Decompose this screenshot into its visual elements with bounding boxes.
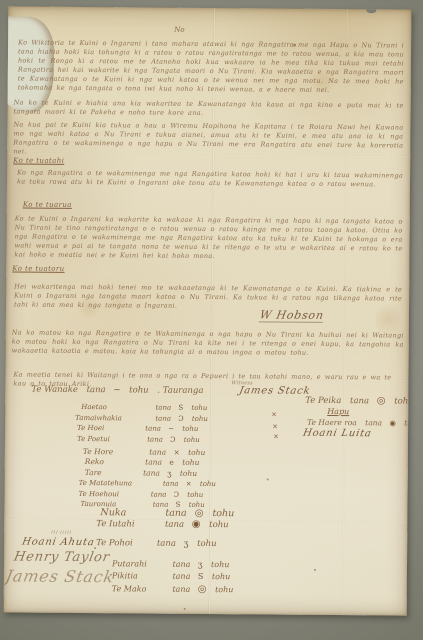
tohu-label: tohu: [215, 585, 233, 594]
tana-label: tana: [163, 480, 179, 488]
tana-label: tana: [155, 415, 171, 423]
hapu-label: Hapu: [327, 407, 349, 416]
tana-label: tana: [143, 468, 160, 477]
tohu-label: tohu: [129, 385, 149, 395]
english-signature: Hoani Ahuta: [21, 537, 95, 549]
tana-label: tana: [155, 404, 171, 412]
tohu-label: tohu: [200, 480, 216, 488]
signatory-name: Te Poetui: [77, 435, 139, 443]
moko-mark-icon: S: [198, 572, 204, 581]
signatory-row: Te Poetui tana Ɔ tohu: [77, 435, 200, 444]
signatory-row: Tamaiwhakia tana Ɔ tohu: [75, 414, 208, 423]
tana-label: tana: [157, 539, 176, 549]
signatory-name: Reko: [85, 457, 137, 466]
signatory-name: Te Mako: [112, 584, 164, 593]
moko-mark-icon: ×: [186, 480, 192, 488]
signatory-name: Te Hoehoui: [79, 490, 143, 499]
tohu-label: tohu: [404, 419, 411, 428]
moko-mark-icon: ×: [173, 448, 179, 457]
witness-signature: James Stack: [238, 385, 311, 397]
top-notation: No: [174, 26, 184, 34]
signatory-row: Te Haere roa tana ◉ tohu: [307, 418, 411, 428]
ditto-mark: ×: [272, 423, 278, 431]
tana-label: tana: [350, 396, 369, 406]
signatory-row: Putarahi tana ʒ tohu: [112, 559, 229, 569]
english-signature: Henry Taylor: [13, 549, 111, 565]
signatory-name: Te Iutahi: [96, 519, 156, 529]
signatory-name: Te Hoei: [77, 424, 137, 432]
signatory-row: Te Hoehoui tana Ɔ tohu: [79, 490, 204, 499]
signatory-name: Nuka: [100, 507, 156, 518]
signatory-row: Haetao tana S tohu: [81, 403, 207, 412]
signatory-name: Tamaiwhakia: [75, 414, 147, 423]
right-column-signature: Hoani Luita: [302, 428, 373, 440]
moko-mark-icon: ~: [168, 425, 174, 433]
article-2-body: Ko te Kuini o Ingarani ka wakarite ka wa…: [14, 214, 402, 262]
tana-label: tana: [172, 572, 190, 581]
tana-label: tana: [365, 418, 382, 427]
article-1-body: Ko nga Rangatira o te wakaminenga me nga…: [17, 169, 403, 190]
top-edge-notch: [366, 7, 376, 13]
moko-mark-icon: ʒ: [198, 560, 203, 569]
hobson-signature: W Hobson: [259, 308, 325, 322]
tohu-label: tohu: [182, 425, 198, 433]
signatory-name: Pikitia: [112, 571, 164, 580]
signatory-row-large: Te Iutahi tana ◉ tohu: [96, 518, 228, 530]
tana-label: tana: [172, 585, 190, 594]
signatory-row: Te Mako tana ◎ tohu: [112, 583, 234, 595]
signatory-row: Te Matatehuna tana × tohu: [79, 479, 216, 488]
tohu-label: tohu: [191, 404, 207, 412]
tohu-label: tohu: [394, 396, 411, 406]
tohu-label: tohu: [211, 560, 229, 569]
signatory-name: Tare: [85, 468, 135, 477]
signatory-row: Te Peika tana ◎ tohu Tauranga: [305, 395, 411, 407]
tana-label: tana: [165, 520, 184, 530]
signatory-name: Te Matatehuna: [79, 479, 155, 488]
tana-label: tana: [145, 458, 162, 467]
moko-spiral-icon: ◎: [195, 508, 204, 519]
tohu-label: tohu: [192, 415, 208, 423]
moko-mark-icon: S: [178, 404, 183, 412]
tohu-label: tohu: [184, 436, 200, 444]
signatory-name: Te Wanake: [31, 385, 78, 395]
moko-mark-icon: Ɔ: [170, 436, 175, 444]
signatory-name: Te Pohoi: [96, 538, 148, 548]
article-3-body: Hei wakaritenga mai hoki tenei mo te wak…: [14, 282, 402, 312]
signatory-name: Te Peika: [305, 396, 341, 406]
signatory-row: Te Hore tana × tohu: [83, 447, 206, 457]
tana-label: tana: [173, 560, 191, 569]
tohu-label: tohu: [182, 458, 199, 467]
moko-mark-icon: Ɔ: [178, 415, 183, 423]
foxing-spot: [314, 569, 316, 571]
tohu-label: tohu: [188, 448, 205, 457]
tohu-label: tohu: [212, 572, 230, 581]
place-label: . Tauranga: [157, 386, 203, 396]
tana-label: tana: [149, 448, 166, 457]
treaty-manuscript-photo: No Ko Wikitoria te Kuini o Ingarani i ta…: [0, 0, 423, 640]
signatory-row: Pikitia tana S tohu: [112, 571, 230, 581]
tohu-label: tohu: [187, 491, 203, 499]
signatory-row: Te Hoei tana ~ tohu: [77, 424, 198, 433]
signatory-row: Tare tana ʒ tohu: [85, 468, 197, 478]
signatory-name: Te Hore: [83, 447, 141, 456]
treaty-preamble: Ko Wikitoria te Kuini o Ingarani i tana …: [18, 39, 404, 96]
moko-mark-icon: Ɔ: [174, 491, 179, 499]
moko-spiral-icon: ◉: [192, 519, 201, 530]
attestation-paragraph: Na ko matou ko nga Rangatira o te Wakami…: [12, 328, 404, 358]
ditto-mark: ×: [271, 411, 277, 419]
tohu-label: tohu: [209, 520, 229, 530]
moko-mark-icon: ʒ: [184, 539, 189, 549]
article-3-heading: Ko te tuatoru: [12, 264, 64, 272]
moko-mark-icon: e: [169, 458, 174, 467]
treaty-paragraph-hopihona: Na kua pai te Kuini kia tukua a hau a Wi…: [13, 120, 403, 159]
english-signature: James Stack: [4, 566, 116, 586]
tana-label: tana: [87, 385, 106, 395]
signatory-name: Te Haere roa: [307, 418, 357, 427]
foxing-spot: [267, 478, 269, 480]
tohu-label: tohu: [212, 508, 234, 519]
signatory-name: Haetao: [81, 403, 147, 412]
tana-label: tana: [145, 425, 161, 433]
tana-label: tana: [165, 508, 186, 519]
ditto-mark: ×: [273, 433, 279, 441]
moko-mark-icon: ~: [113, 385, 120, 395]
article-1-heading: Ko te tuatahi: [13, 156, 64, 164]
foxing-spot: [184, 608, 186, 610]
signatory-name: Putarahi: [112, 559, 164, 568]
tohu-label: tohu: [180, 469, 197, 478]
moko-spiral-icon: ◉: [389, 418, 396, 427]
signatory-row: Reko tana e tohu: [85, 457, 200, 467]
tana-label: tana: [147, 436, 163, 444]
signatory-row-first: Te Wanake tana ~ tohu . Tauranga: [31, 385, 203, 396]
moko-spiral-icon: ◎: [377, 395, 386, 406]
illegible-note: ⌇⌇⌇ ⌇⌇⌇⌇⌇: [50, 531, 72, 536]
signatory-row: Te Pohoi tana ʒ tohu: [96, 538, 217, 549]
treaty-paragraph-kuini: Na ko te Kuini e hiahia ana kia wakarite…: [14, 98, 404, 119]
tana-label: tana: [151, 491, 167, 499]
tohu-label: tohu: [197, 539, 217, 549]
moko-spiral-icon: ◎: [198, 584, 207, 595]
moko-mark-icon: ʒ: [167, 469, 171, 478]
manuscript-paper: No Ko Wikitoria te Kuini o Ingarani i ta…: [4, 6, 412, 615]
article-2-heading: Ko te tuarua: [23, 201, 72, 209]
hapu-text: Hapu: [327, 407, 349, 416]
